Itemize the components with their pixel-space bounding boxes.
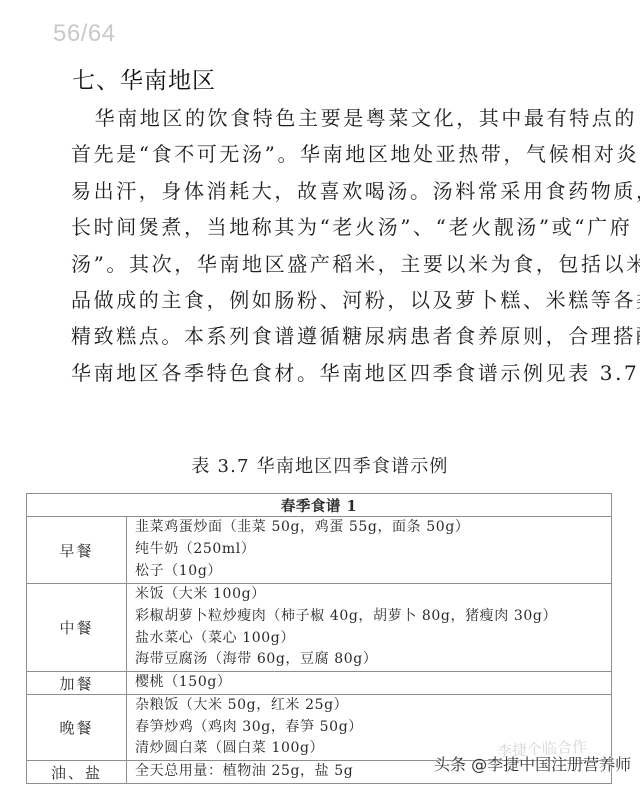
meal-label: 加餐 <box>27 672 127 695</box>
table-row: 早餐 韭菜鸡蛋炒面（韭菜 50g，鸡蛋 55g，面条 50g） 纯牛奶（250m… <box>27 517 612 584</box>
paragraph-line: 精致糕点。本系列食谱遵循糖尿病患者食养原则，合理搭配 <box>71 318 612 354</box>
meal-label: 早餐 <box>27 517 127 584</box>
meal-items: 米饭（大米 100g） 彩椒胡萝卜粒炒瘦肉（柿子椒 40g，胡萝卜 80g，猪瘦… <box>127 584 612 672</box>
table-caption: 表 3.7 华南地区四季食谱示例 <box>0 452 640 478</box>
meal-label: 中餐 <box>27 584 127 672</box>
menu-item: 彩椒胡萝卜粒炒瘦肉（柿子椒 40g，胡萝卜 80g，猪瘦肉 30g） <box>135 606 611 628</box>
body-paragraph: 华南地区的饮食特色主要是粤菜文化，其中最有特点的 首先是“食不可无汤”。华南地区… <box>72 100 612 391</box>
watermark: 头条 @李捷中国注册营养师 <box>434 752 631 775</box>
paragraph-line: 品做成的主食，例如肠粉、河粉，以及萝卜糕、米糕等各类 <box>71 282 612 318</box>
meal-items: 韭菜鸡蛋炒面（韭菜 50g，鸡蛋 55g，面条 50g） 纯牛奶（250ml） … <box>127 517 612 584</box>
meal-items: 樱桃（150g） <box>127 672 612 695</box>
paragraph-line: 首先是“食不可无汤”。华南地区地处亚热带，气候相对炎热， <box>71 136 612 172</box>
paragraph-line: 易出汗，身体消耗大，故喜欢喝汤。汤料常采用食药物质， <box>71 173 612 209</box>
table-row: 中餐 米饭（大米 100g） 彩椒胡萝卜粒炒瘦肉（柿子椒 40g，胡萝卜 80g… <box>27 584 612 672</box>
section-heading: 七、华南地区 <box>72 62 216 95</box>
meal-label: 晚餐 <box>27 695 127 761</box>
menu-item: 樱桃（150g） <box>135 672 611 694</box>
paragraph-line: 华南地区各季特色食材。华南地区四季食谱示例见表 3.7。 <box>71 355 612 391</box>
paragraph-line: 华南地区的饮食特色主要是粤菜文化，其中最有特点的 <box>72 100 612 136</box>
menu-item: 春笋炒鸡（鸡肉 30g，春笋 50g） <box>135 717 611 739</box>
table-row: 加餐 樱桃（150g） <box>27 672 612 695</box>
menu-item: 韭菜鸡蛋炒面（韭菜 50g，鸡蛋 55g，面条 50g） <box>135 517 611 539</box>
meal-label: 油、盐 <box>27 761 127 784</box>
menu-item: 纯牛奶（250ml） <box>135 539 611 561</box>
menu-item: 海带豆腐汤（海带 60g，豆腐 80g） <box>135 649 611 671</box>
paragraph-line: 汤”。其次，华南地区盛产稻米，主要以米为食，包括以米制 <box>71 246 612 282</box>
paragraph-line: 长时间煲煮，当地称其为“老火汤”、“老火靓汤”或“广府 <box>71 209 612 245</box>
page-counter: 56/64 <box>53 20 116 48</box>
menu-item: 松子（10g） <box>135 561 611 583</box>
table-header: 春季食谱 1 <box>27 494 612 517</box>
menu-item: 杂粮饭（大米 50g，红米 25g） <box>135 695 611 717</box>
menu-item: 米饭（大米 100g） <box>135 584 611 606</box>
table-header-row: 春季食谱 1 <box>27 494 612 517</box>
menu-item: 盐水菜心（菜心 100g） <box>135 628 611 650</box>
